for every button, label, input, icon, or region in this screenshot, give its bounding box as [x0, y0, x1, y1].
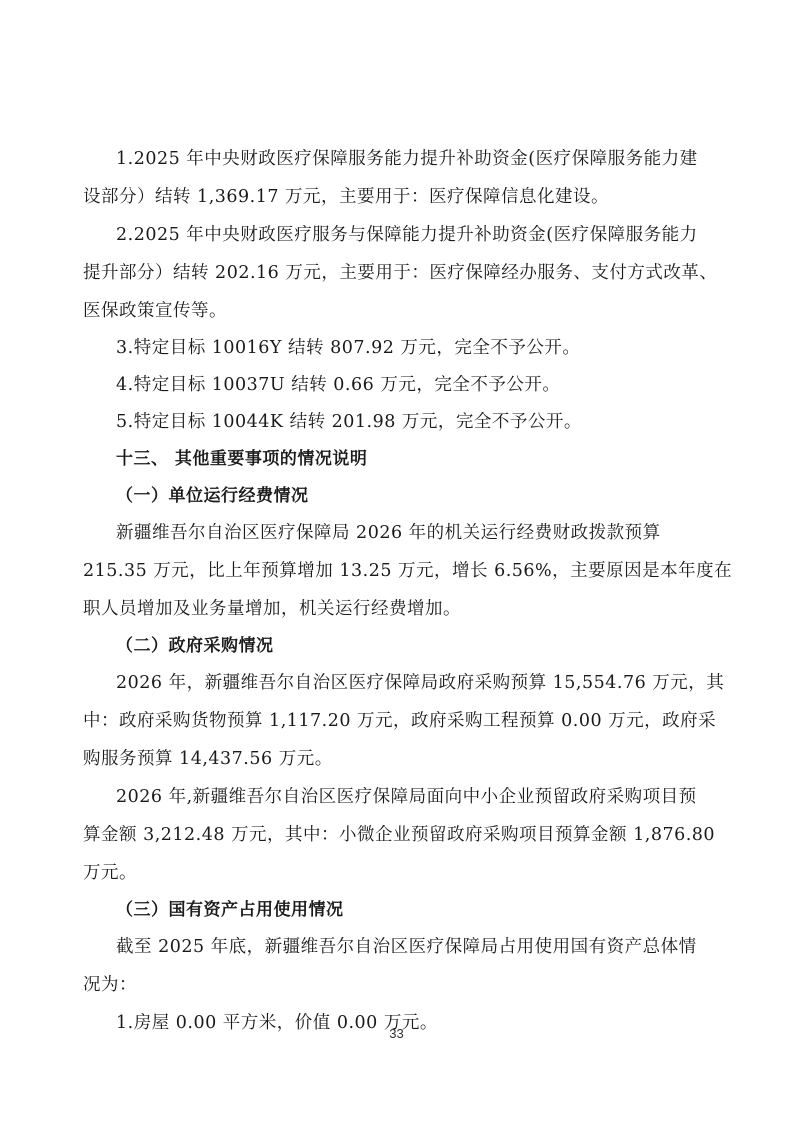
paragraph-line: 2026 年,新疆维吾尔自治区医疗保障局面向中小企业预留政府采购项目预 — [116, 786, 697, 808]
paragraph-line: 设部分）结转 1,369.17 万元，主要用于：医疗保障信息化建设。 — [83, 186, 609, 208]
paragraph-line: 中：政府采购货物预算 1,117.20 万元，政府采购工程预算 0.00 万元，… — [83, 710, 716, 732]
paragraph-line: 3.特定目标 10016Y 结转 807.92 万元，完全不予公开。 — [116, 337, 580, 359]
section-heading: 十三、 其他重要事项的情况说明 — [116, 448, 367, 470]
paragraph-line: 5.特定目标 10044K 结转 201.98 万元，完全不予公开。 — [116, 411, 582, 433]
paragraph-line: 2.2025 年中央财政医疗服务与保障能力提升补助资金(医疗保障服务能力 — [116, 224, 698, 246]
paragraph-line: 新疆维吾尔自治区医疗保障局 2026 年的机关运行经费财政拨款预算 — [116, 522, 661, 544]
paragraph-line: 截至 2025 年底，新疆维吾尔自治区医疗保障局占用使用国有资产总体情 — [116, 936, 697, 958]
paragraph-line: 2026 年，新疆维吾尔自治区医疗保障局政府采购预算 15,554.76 万元，… — [116, 672, 724, 694]
subsection-heading: （三）国有资产占用使用情况 — [116, 899, 344, 921]
paragraph-line: 1.2025 年中央财政医疗保障服务能力提升补助资金(医疗保障服务能力建 — [116, 148, 698, 170]
paragraph-line: 算金额 3,212.48 万元，其中：小微企业预留政府采购项目预算金额 1,87… — [83, 824, 715, 846]
subsection-heading: （一）单位运行经费情况 — [116, 485, 309, 507]
paragraph-line: 购服务预算 14,437.56 万元。 — [83, 748, 333, 770]
paragraph-line: 提升部分）结转 202.16 万元，主要用于：医疗保障经办服务、支付方式改革、 — [83, 262, 717, 284]
paragraph-line: 医保政策宣传等。 — [83, 300, 227, 322]
paragraph-line: 况为： — [83, 974, 137, 996]
paragraph-line: 215.35 万元，比上年预算增加 13.25 万元，增长 6.56%，主要原因… — [83, 560, 732, 582]
paragraph-line: 职人员增加及业务量增加，机关运行经费增加。 — [83, 598, 461, 620]
subsection-heading: （二）政府采购情况 — [116, 635, 274, 657]
paragraph-line: 万元。 — [83, 862, 137, 884]
page-number: 33 — [0, 1026, 793, 1041]
paragraph-line: 4.特定目标 10037U 结转 0.66 万元，完全不予公开。 — [116, 374, 560, 396]
document-page: 1.2025 年中央财政医疗保障服务能力提升补助资金(医疗保障服务能力建 设部分… — [0, 0, 793, 1122]
